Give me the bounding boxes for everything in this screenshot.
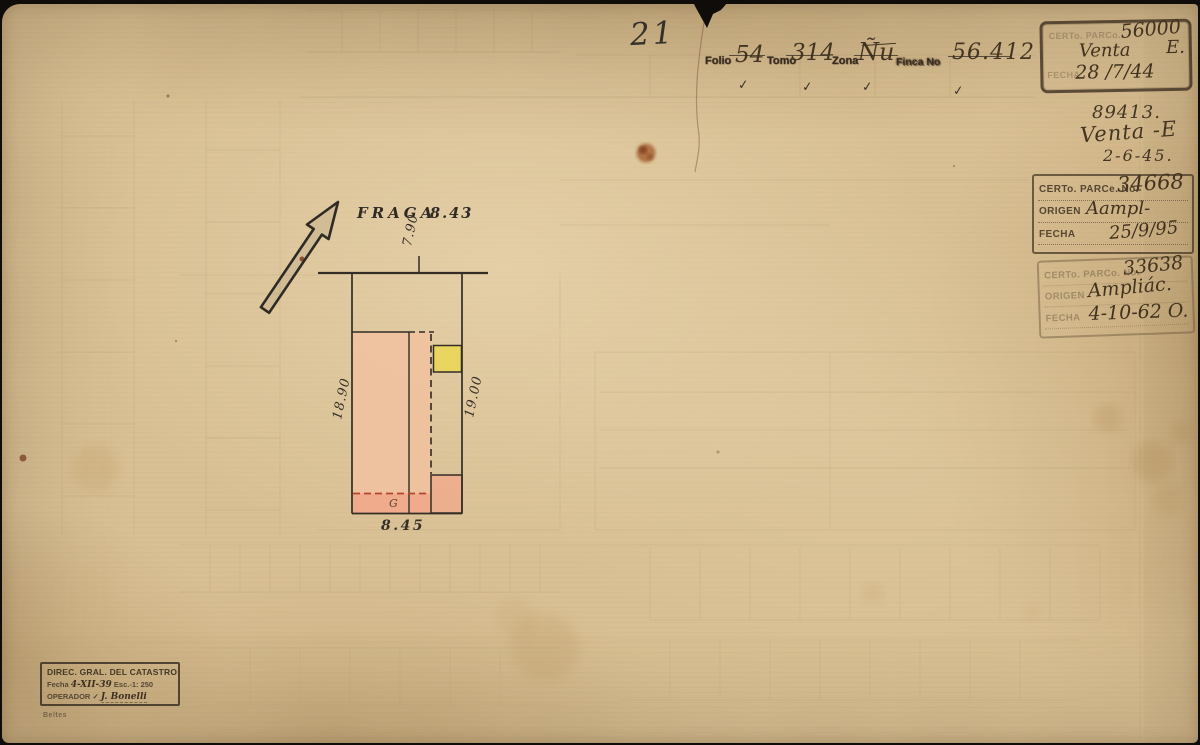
zona-value: Ñu: [858, 38, 894, 66]
receipt-origin-extra: E.: [1166, 37, 1185, 58]
cert1-origen-label: ORIGEN: [1039, 206, 1081, 217]
zona-label: Zona: [832, 55, 858, 67]
tomo-underline: [786, 55, 828, 56]
zona-underline: [854, 55, 898, 56]
dim-left: 18.90: [330, 376, 353, 420]
receipt-origin: Venta: [1079, 40, 1131, 62]
finca-value: 56.412: [952, 40, 1035, 65]
street-name-label: FRAGA: [356, 204, 436, 222]
note-date: 2-6-45.: [1103, 146, 1174, 165]
cert2-fecha-label: FECHA: [1046, 312, 1081, 324]
garage-yellow-block: [434, 346, 462, 373]
catastro-esc-text: Esc.-1: 250: [114, 680, 153, 689]
cert-stamp-1: CERTo. PARCe. No. 34668 ORIGEN Aampl- FE…: [1032, 174, 1194, 254]
page-number: 21: [629, 15, 676, 53]
catastro-operador-value: J. Bonelli: [101, 692, 147, 703]
checkmark-tomo: ✓: [801, 79, 813, 95]
checkmark-folio: ✓: [737, 77, 749, 93]
finca-underline: [948, 56, 1010, 57]
cert1-dotline-3: [1038, 244, 1188, 245]
parcel-plan: FRAGA 8.43 7.90 18.90 19.00 8.45 G: [318, 204, 488, 534]
catastro-stamp: DIREC. GRAL. DEL CATASTRO Fecha 4-XII-39…: [40, 662, 180, 706]
dim-right: 19.00: [462, 374, 485, 418]
plan-drawing-layer: FRAGA 8.43 7.90 18.90 19.00 8.45 G: [0, 0, 1200, 745]
cert2-dotline-3: [1045, 323, 1189, 329]
paper-stains: [20, 95, 1194, 683]
cert2-fecha-value: 4-10-62 O.: [1088, 299, 1189, 324]
cert2-origen-label: ORIGEN: [1045, 290, 1085, 302]
parcel-main-fill: [353, 332, 431, 513]
catastro-fecha-label: Fecha: [47, 680, 69, 689]
cert1-fecha-label: FECHA: [1039, 229, 1075, 240]
finca-label: Finca No: [896, 56, 940, 68]
catastro-fecha-row: Fecha 4-XII-39 Esc.-1: 250: [47, 680, 173, 690]
catastro-operador-mark: ✓: [92, 692, 98, 701]
receipt-stamp: CERTo. PARCo. 56000 Venta E. FECHA 28 /7…: [1039, 19, 1192, 94]
parcel-small-block: [431, 475, 462, 513]
catastro-operador-label: OPERADOR: [47, 692, 90, 701]
catastro-imprint: Beltes: [43, 712, 67, 719]
building-letter: G: [389, 497, 398, 510]
catastro-fecha-value: 4-XII-39: [71, 680, 112, 690]
paper-tear: [693, 2, 728, 172]
checkmark-zona: ✓: [861, 79, 873, 95]
tomo-value: 314: [791, 40, 835, 66]
folio-label: Folio: [705, 55, 731, 67]
street-number-label: 8.43: [430, 205, 473, 222]
cert1-origen-value: Aampl-: [1086, 198, 1150, 219]
folio-underline: [729, 55, 765, 56]
cert-stamp-2: CERTo. PARCo. No. 33638 ORIGEN Ampliác. …: [1037, 255, 1196, 338]
catastro-operador-row: OPERADOR ✓ J. Bonelli: [47, 692, 173, 702]
catastro-title: DIREC. GRAL. DEL CATASTRO: [47, 667, 173, 677]
north-arrow-icon: [261, 202, 338, 313]
dim-bottom: 8.45: [381, 518, 425, 534]
faint-block-grid: [62, 10, 1140, 740]
cert1-no-value: 34668: [1117, 169, 1185, 196]
receipt-date: 28 /7/44: [1075, 60, 1155, 83]
checkmark-finca: ✓: [952, 83, 964, 99]
